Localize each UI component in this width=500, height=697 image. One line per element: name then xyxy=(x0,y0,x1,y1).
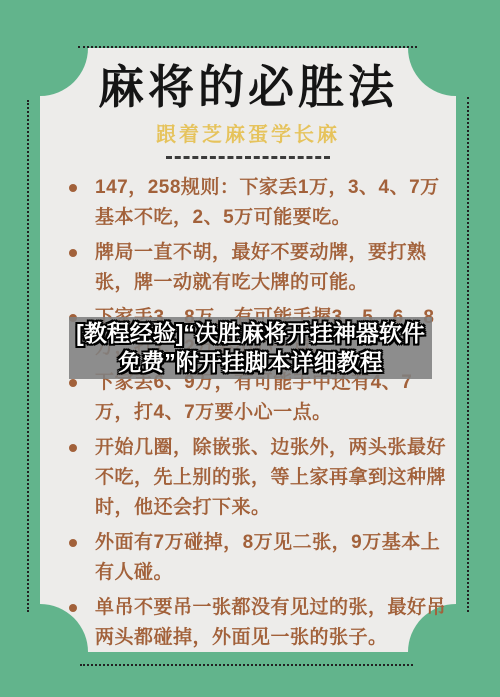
tip-item: 开始几圈，除嵌张、边张外，两头张最好不吃，先上别的张，等上家再拿到这种牌时，他还… xyxy=(95,433,446,523)
promo-overlay-line2: 免费”附开挂脚本详细教程 xyxy=(118,348,383,377)
promo-overlay-line1: [教程经验]“决胜麻将开挂神器软件 xyxy=(76,319,425,348)
promo-watermark-overlay: [教程经验]“决胜麻将开挂神器软件 免费”附开挂脚本详细教程 xyxy=(69,317,432,379)
tip-item: 外面有7万碰掉，8万见二张，9万基本上有人碰。 xyxy=(95,528,446,588)
dotted-frame-left xyxy=(27,100,29,612)
tips-list: 147，258规则：下家丢1万，3、4、7万基本不吃，2、5万可能要吃。 牌局一… xyxy=(40,173,456,653)
tip-item: 牌局一直不胡，最好不要动牌，要打熟张，牌一动就有吃大牌的可能。 xyxy=(95,238,446,298)
tip-item: 单吊不要吊一张都没有见过的张，最好吊两头都碰掉，外面见一张的张子。 xyxy=(95,593,446,653)
dotted-frame-right xyxy=(467,97,469,612)
poster-subtitle: 跟着芝麻蛋学长麻 xyxy=(40,118,456,147)
poster-title: 麻将的必胜法 xyxy=(40,58,456,116)
dotted-frame-bottom xyxy=(80,664,413,666)
tip-item: 147，258规则：下家丢1万，3、4、7万基本不吃，2、5万可能要吃。 xyxy=(95,173,446,233)
subtitle-divider xyxy=(166,156,330,159)
dotted-frame-top xyxy=(78,46,417,48)
